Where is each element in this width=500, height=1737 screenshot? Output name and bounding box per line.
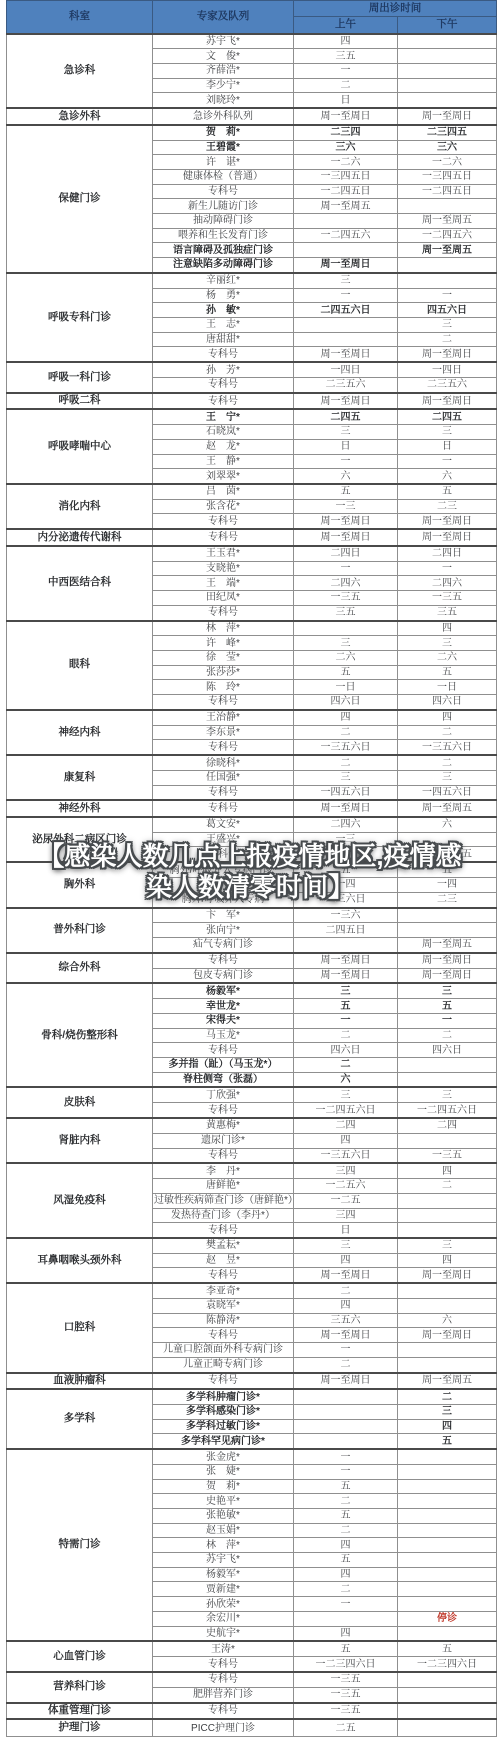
- pm-cell: [398, 49, 497, 64]
- expert-cell: 多学科感染门诊*: [153, 1405, 294, 1420]
- pm-cell: [398, 923, 497, 938]
- expert-cell: 孙 敏*: [153, 303, 294, 318]
- table-row: 急诊外科急诊外科队列周一至周日周一至周日: [7, 108, 497, 125]
- pm-cell: [398, 1703, 497, 1720]
- dept-cell: 呼吸二科: [7, 393, 153, 410]
- pm-cell: 一二四五六日: [398, 1103, 497, 1118]
- am-cell: 周一至周日: [294, 393, 398, 410]
- expert-cell: 丁欣强*: [153, 1087, 294, 1102]
- am-cell: 一: [294, 1013, 398, 1028]
- expert-cell: 专科号: [153, 1148, 294, 1163]
- am-cell: 周一至周五: [294, 199, 398, 214]
- am-cell: 四: [294, 1567, 398, 1582]
- dept-cell: 眼科: [7, 621, 153, 710]
- pm-cell: [398, 1553, 497, 1568]
- dept-cell: 神经内科: [7, 710, 153, 755]
- expert-cell: 石晓岚*: [153, 425, 294, 440]
- expert-cell: 孙 芳*: [153, 362, 294, 377]
- pm-cell: [398, 1223, 497, 1238]
- am-cell: 三五六: [294, 1313, 398, 1328]
- expert-cell: 专科号: [153, 347, 294, 362]
- expert-cell: 健康体检（普通）: [153, 169, 294, 184]
- table-row: 特需门诊张金虎*一: [7, 1449, 497, 1464]
- expert-cell: 贺 莉*: [153, 125, 294, 140]
- table-row: 耳鼻咽喉头颈外科樊孟耘*三三: [7, 1238, 497, 1253]
- expert-cell: 杨毅军*: [153, 983, 294, 998]
- pm-cell: 二: [398, 1179, 497, 1194]
- table-row: 肾脏内科黄惠梅*二四二四: [7, 1118, 497, 1133]
- table-row: 血液肿瘤科专科号周一至周日周一至周五: [7, 1373, 497, 1390]
- pm-cell: [398, 1538, 497, 1553]
- am-cell: 一二四五六: [294, 228, 398, 243]
- pm-cell: [398, 908, 497, 923]
- am-cell: 一: [294, 1343, 398, 1358]
- pm-cell: 二三五六: [398, 377, 497, 392]
- am-cell: 二: [294, 1028, 398, 1043]
- table-row: 神经外科专科号周一至周日周一至周五: [7, 800, 497, 817]
- expert-cell: 葛文安*: [153, 817, 294, 832]
- pm-cell: 二四日: [398, 546, 497, 561]
- expert-cell: 吕 茵*: [153, 484, 294, 499]
- dept-cell: 心血管门诊: [7, 1641, 153, 1672]
- dept-cell: 特需门诊: [7, 1449, 153, 1641]
- am-cell: 五: [294, 1509, 398, 1524]
- pm-cell: 三: [398, 770, 497, 785]
- expert-cell: 专科号: [153, 393, 294, 410]
- pm-cell: [398, 1597, 497, 1612]
- am-cell: 一三五: [294, 1703, 398, 1720]
- pm-cell: 四六日: [398, 695, 497, 710]
- expert-cell: 专科号: [153, 953, 294, 968]
- am-cell: 一三五六日: [294, 740, 398, 755]
- am-cell: 三: [294, 983, 398, 998]
- am-cell: 二四五日: [294, 923, 398, 938]
- pm-cell: [398, 1494, 497, 1509]
- pm-cell: 二: [398, 332, 497, 347]
- expert-cell: 张金虎*: [153, 1449, 294, 1464]
- table-row: 急诊科苏宇飞*四: [7, 34, 497, 49]
- expert-cell: 马玉龙*: [153, 1028, 294, 1043]
- am-cell: [294, 332, 398, 347]
- am-cell: 五: [294, 1641, 398, 1656]
- pm-cell: 四: [398, 1163, 497, 1178]
- expert-cell: 赵 昱*: [153, 1253, 294, 1268]
- expert-cell: 刘晓玲*: [153, 93, 294, 108]
- pm-cell: 三: [398, 1405, 497, 1420]
- pm-cell: [398, 1464, 497, 1479]
- expert-cell: 樊孟耘*: [153, 1238, 294, 1253]
- expert-cell: 王 宁*: [153, 409, 294, 424]
- am-cell: 一三: [294, 499, 398, 514]
- pm-cell: [398, 1523, 497, 1538]
- am-cell: 五: [294, 1553, 398, 1568]
- expert-cell: 王玉君*: [153, 546, 294, 561]
- expert-cell: 多学科肿瘤门诊*: [153, 1389, 294, 1404]
- expert-cell: 包皮专病门诊: [153, 968, 294, 983]
- schedule-page: 科室 专家及队列 周出诊时间 上午 下午 急诊科苏宇飞*四文 俊*三五齐薛浩*一…: [0, 0, 500, 1737]
- am-cell: 四: [294, 1538, 398, 1553]
- expert-cell: 支晓艳*: [153, 561, 294, 576]
- pm-cell: 三六: [398, 140, 497, 155]
- am-cell: 三五: [294, 605, 398, 620]
- am-cell: 一: [294, 63, 398, 78]
- am-cell: 二: [294, 1582, 398, 1597]
- expert-cell: 任国强*: [153, 770, 294, 785]
- expert-cell: 唐鲜艳*: [153, 1179, 294, 1194]
- table-row: 泌尿外科二病区门诊葛文安*二四六六: [7, 817, 497, 832]
- pm-cell: 日: [398, 439, 497, 454]
- pm-cell: 周一至周日: [398, 514, 497, 529]
- expert-cell: 王 志*: [153, 318, 294, 333]
- expert-cell: 专科号: [153, 1373, 294, 1390]
- pm-cell: [398, 273, 497, 288]
- pm-cell: [398, 1208, 497, 1223]
- table-row: 综合外科专科号周一至周日周一至周日: [7, 953, 497, 968]
- am-cell: 五: [294, 1479, 398, 1494]
- pm-cell: 三: [398, 425, 497, 440]
- am-cell: 一二五: [294, 1193, 398, 1208]
- am-cell: 周一至周日: [294, 800, 398, 817]
- expert-cell: 多学科罕见病门诊*: [153, 1434, 294, 1449]
- header-pm: 下午: [398, 17, 497, 34]
- am-cell: 四: [294, 710, 398, 725]
- pm-cell: 周一至周日: [398, 1268, 497, 1283]
- watermark-overlay: 【感染人数几点上报疫情地区,疫情感 染人数清零时间】: [0, 841, 500, 903]
- pm-cell: [398, 1299, 497, 1314]
- expert-cell: 贺 莉*: [153, 1479, 294, 1494]
- dept-cell: 口腔科: [7, 1283, 153, 1372]
- dept-cell: 皮肤科: [7, 1087, 153, 1118]
- dept-cell: 综合外科: [7, 953, 153, 984]
- pm-cell: [398, 258, 497, 273]
- pm-cell: 一三四五日: [398, 169, 497, 184]
- expert-cell: 苏宇飞*: [153, 34, 294, 49]
- am-cell: 二: [294, 755, 398, 770]
- am-cell: 一四五六日: [294, 785, 398, 800]
- pm-cell: [398, 93, 497, 108]
- expert-cell: 专科号: [153, 1103, 294, 1118]
- pm-cell: 周一至周日: [398, 347, 497, 362]
- pm-cell: 周一至周五: [398, 800, 497, 817]
- am-cell: 三: [294, 273, 398, 288]
- expert-cell: 杨 勇*: [153, 288, 294, 303]
- expert-cell: 喂养和生长发育门诊: [153, 228, 294, 243]
- watermark-line-1: 【感染人数几点上报疫情地区,疫情感: [0, 841, 500, 872]
- table-row: 骨科/烧伤整形科杨毅军*三三: [7, 983, 497, 998]
- pm-cell: 停诊: [398, 1611, 497, 1626]
- expert-cell: 袁晓军*: [153, 1299, 294, 1314]
- pm-cell: 周一至周五: [398, 938, 497, 953]
- dept-cell: 耳鼻咽喉头颈外科: [7, 1238, 153, 1283]
- pm-cell: 一二三四六日: [398, 1657, 497, 1672]
- table-row: 风湿免疫科李 丹*三四四: [7, 1163, 497, 1178]
- expert-cell: 幸世龙*: [153, 999, 294, 1014]
- expert-cell: 儿童正畸专病门诊: [153, 1357, 294, 1372]
- pm-cell: 一二四五日: [398, 184, 497, 199]
- pm-cell: 一四日: [398, 362, 497, 377]
- am-cell: 一三四五日: [294, 169, 398, 184]
- dept-cell: 消化内科: [7, 484, 153, 529]
- am-cell: [294, 938, 398, 953]
- pm-cell: 周一至周五: [398, 243, 497, 258]
- dept-cell: 急诊外科: [7, 108, 153, 125]
- expert-cell: 新生儿随访门诊: [153, 199, 294, 214]
- am-cell: 周一至周日: [294, 953, 398, 968]
- pm-cell: [398, 1687, 497, 1702]
- am-cell: 二四日: [294, 546, 398, 561]
- am-cell: 二: [294, 1523, 398, 1538]
- expert-cell: 语言障碍及孤独症门诊: [153, 243, 294, 258]
- table-row: 消化内科吕 茵*五五: [7, 484, 497, 499]
- expert-cell: 注意缺陷多动障碍门诊: [153, 258, 294, 273]
- table-row: 中西医结合科王玉君*二四日二四日: [7, 546, 497, 561]
- expert-cell: 专科号: [153, 740, 294, 755]
- am-cell: [294, 1419, 398, 1434]
- am-cell: 二: [294, 725, 398, 740]
- pm-cell: 五: [398, 1641, 497, 1656]
- pm-cell: 周一至周日: [398, 393, 497, 410]
- expert-cell: 宋得夫*: [153, 1013, 294, 1028]
- expert-cell: 卞 军*: [153, 908, 294, 923]
- expert-cell: 苏宇飞*: [153, 1553, 294, 1568]
- pm-cell: 三五: [398, 605, 497, 620]
- pm-cell: [398, 1343, 497, 1358]
- pm-cell: 三: [398, 318, 497, 333]
- am-cell: [294, 1405, 398, 1420]
- pm-cell: 六: [398, 469, 497, 484]
- expert-cell: 史艳平*: [153, 1494, 294, 1509]
- am-cell: 二: [294, 1057, 398, 1072]
- pm-cell: [398, 1357, 497, 1372]
- am-cell: 一: [294, 1464, 398, 1479]
- am-cell: 一二四五日: [294, 184, 398, 199]
- expert-cell: 陈静涛*: [153, 1313, 294, 1328]
- pm-cell: 四: [398, 1253, 497, 1268]
- pm-cell: 周一至周日: [398, 953, 497, 968]
- expert-cell: 李 丹*: [153, 1163, 294, 1178]
- expert-cell: 黄惠梅*: [153, 1118, 294, 1133]
- pm-cell: 二: [398, 1389, 497, 1404]
- table-row: 营养科门诊专科号一三五: [7, 1672, 497, 1687]
- am-cell: 五: [294, 999, 398, 1014]
- am-cell: 一二六: [294, 155, 398, 170]
- am-cell: 二三五六: [294, 377, 398, 392]
- expert-cell: 李少宁*: [153, 78, 294, 93]
- expert-cell: 王治静*: [153, 710, 294, 725]
- am-cell: 周一至周日: [294, 1373, 398, 1390]
- expert-cell: 遗尿门诊*: [153, 1133, 294, 1148]
- am-cell: 二: [294, 1494, 398, 1509]
- expert-cell: 王 端*: [153, 576, 294, 591]
- pm-cell: 二: [398, 1028, 497, 1043]
- expert-cell: 张艳敏*: [153, 1509, 294, 1524]
- pm-cell: 四五六日: [398, 303, 497, 318]
- expert-cell: 专科号: [153, 695, 294, 710]
- pm-cell: 周一至周日: [398, 529, 497, 546]
- am-cell: 日: [294, 93, 398, 108]
- am-cell: 四六日: [294, 1043, 398, 1058]
- am-cell: 四: [294, 1299, 398, 1314]
- expert-cell: 辛丽红*: [153, 273, 294, 288]
- am-cell: 二四: [294, 1118, 398, 1133]
- pm-cell: [398, 1567, 497, 1582]
- pm-cell: [398, 1449, 497, 1464]
- table-row: 护理门诊PICC护理门诊二五: [7, 1719, 497, 1736]
- expert-cell: 齐薛浩*: [153, 63, 294, 78]
- table-row: 普外科门诊卞 军*一三六: [7, 908, 497, 923]
- expert-cell: 陈 玲*: [153, 680, 294, 695]
- expert-cell: 张向宁*: [153, 923, 294, 938]
- table-header: 科室 专家及队列 周出诊时间 上午 下午: [7, 1, 497, 34]
- header-dept: 科室: [7, 1, 153, 34]
- am-cell: 周一至周日: [294, 1268, 398, 1283]
- dept-cell: 多学科: [7, 1389, 153, 1449]
- pm-cell: 二: [398, 755, 497, 770]
- dept-cell: 呼吸专科门诊: [7, 273, 153, 362]
- expert-cell: 余宏川*: [153, 1611, 294, 1626]
- pm-cell: 四: [398, 621, 497, 636]
- pm-cell: 三: [398, 1087, 497, 1102]
- expert-cell: 多并指（趾）（马玉龙*）: [153, 1057, 294, 1072]
- am-cell: 三: [294, 1238, 398, 1253]
- am-cell: 三: [294, 1087, 398, 1102]
- table-row: 呼吸专科门诊辛丽红*三: [7, 273, 497, 288]
- am-cell: 一三五: [294, 591, 398, 606]
- am-cell: 一二四五六日: [294, 1103, 398, 1118]
- am-cell: [294, 621, 398, 636]
- pm-cell: [398, 1719, 497, 1736]
- am-cell: 二三四: [294, 125, 398, 140]
- am-cell: 三: [294, 636, 398, 651]
- pm-cell: 一: [398, 288, 497, 303]
- am-cell: 周一至周日: [294, 258, 398, 273]
- am-cell: 周一至周日: [294, 1328, 398, 1343]
- pm-cell: 六: [398, 817, 497, 832]
- header-schedule: 周出诊时间: [294, 1, 497, 17]
- expert-cell: 发热待查门诊（李丹*）: [153, 1208, 294, 1223]
- am-cell: 一日: [294, 680, 398, 695]
- expert-cell: 急诊外科队列: [153, 108, 294, 125]
- expert-cell: 刘翠翠*: [153, 469, 294, 484]
- am-cell: 五: [294, 665, 398, 680]
- expert-cell: 专科号: [153, 1268, 294, 1283]
- expert-cell: 疝气专病门诊: [153, 938, 294, 953]
- pm-cell: 二三四五: [398, 125, 497, 140]
- expert-cell: 田纪凤*: [153, 591, 294, 606]
- expert-cell: 赵玉娟*: [153, 1523, 294, 1538]
- header-am: 上午: [294, 17, 398, 34]
- pm-cell: 二三: [398, 499, 497, 514]
- expert-cell: 孙欣荣*: [153, 1597, 294, 1612]
- am-cell: 一三五六日: [294, 1148, 398, 1163]
- table-row: 康复科徐晓科*二二: [7, 755, 497, 770]
- am-cell: 一三五: [294, 1687, 398, 1702]
- am-cell: 周一至周日: [294, 529, 398, 546]
- pm-cell: 四六日: [398, 1043, 497, 1058]
- am-cell: 二四五六日: [294, 303, 398, 318]
- expert-cell: 李东景*: [153, 725, 294, 740]
- expert-cell: 张莎莎*: [153, 665, 294, 680]
- expert-cell: 李亚奇*: [153, 1283, 294, 1298]
- table-row: 眼科林 萍*四: [7, 621, 497, 636]
- expert-cell: 专科号: [153, 529, 294, 546]
- dept-cell: 呼吸哮喘中心: [7, 409, 153, 484]
- am-cell: [294, 1389, 398, 1404]
- pm-cell: 二四六: [398, 576, 497, 591]
- pm-cell: [398, 1133, 497, 1148]
- dept-cell: 中西医结合科: [7, 546, 153, 621]
- pm-cell: 一四五六日: [398, 785, 497, 800]
- table-row: 心血管门诊王涛*五五: [7, 1641, 497, 1656]
- watermark-line-2: 染人数清零时间】: [0, 872, 500, 903]
- am-cell: [294, 1611, 398, 1626]
- expert-cell: 专科号: [153, 1223, 294, 1238]
- expert-cell: 抽动障碍门诊: [153, 213, 294, 228]
- pm-cell: 二四五: [398, 409, 497, 424]
- expert-cell: 许 谌*: [153, 155, 294, 170]
- expert-cell: 王涛*: [153, 1641, 294, 1656]
- dept-cell: 内分泌遗传代谢科: [7, 529, 153, 546]
- dept-cell: 普外科门诊: [7, 908, 153, 953]
- am-cell: 二: [294, 1283, 398, 1298]
- pm-cell: 二六: [398, 651, 497, 666]
- am-cell: 一: [294, 561, 398, 576]
- am-cell: 周一至周日: [294, 108, 398, 125]
- pm-cell: 一日: [398, 680, 497, 695]
- am-cell: 二四六: [294, 576, 398, 591]
- dept-cell: 营养科门诊: [7, 1672, 153, 1703]
- pm-cell: 五: [398, 665, 497, 680]
- am-cell: 一三六: [294, 908, 398, 923]
- expert-cell: 王碧霞*: [153, 140, 294, 155]
- am-cell: 二四五: [294, 409, 398, 424]
- dept-cell: 康复科: [7, 755, 153, 800]
- expert-cell: 许 峰*: [153, 636, 294, 651]
- expert-cell: 专科号: [153, 1043, 294, 1058]
- pm-cell: 一三五: [398, 591, 497, 606]
- am-cell: [294, 1434, 398, 1449]
- am-cell: 二五: [294, 1719, 398, 1736]
- pm-cell: [398, 34, 497, 49]
- pm-cell: [398, 199, 497, 214]
- pm-cell: [398, 1626, 497, 1641]
- pm-cell: [398, 1509, 497, 1524]
- am-cell: 一二三四六日: [294, 1657, 398, 1672]
- expert-cell: 贾新建*: [153, 1582, 294, 1597]
- am-cell: 周一至周日: [294, 347, 398, 362]
- pm-cell: 二: [398, 725, 497, 740]
- am-cell: 一: [294, 1449, 398, 1464]
- expert-cell: 多学科过敏门诊*: [153, 1419, 294, 1434]
- table-row: 口腔科李亚奇*二: [7, 1283, 497, 1298]
- am-cell: 日: [294, 1223, 398, 1238]
- am-cell: 三: [294, 425, 398, 440]
- pm-cell: 周一至周日: [398, 968, 497, 983]
- pm-cell: [398, 1072, 497, 1087]
- pm-cell: 五: [398, 999, 497, 1014]
- am-cell: 一二五六: [294, 1179, 398, 1194]
- expert-cell: 张含花*: [153, 499, 294, 514]
- am-cell: 六: [294, 469, 398, 484]
- dept-cell: 血液肿瘤科: [7, 1373, 153, 1390]
- pm-cell: 五: [398, 1434, 497, 1449]
- table-row: 内分泌遗传代谢科专科号周一至周日周一至周日: [7, 529, 497, 546]
- dept-cell: 保健门诊: [7, 125, 153, 273]
- am-cell: 四: [294, 34, 398, 49]
- expert-cell: 专科号: [153, 514, 294, 529]
- expert-cell: 专科号: [153, 1328, 294, 1343]
- am-cell: 二: [294, 78, 398, 93]
